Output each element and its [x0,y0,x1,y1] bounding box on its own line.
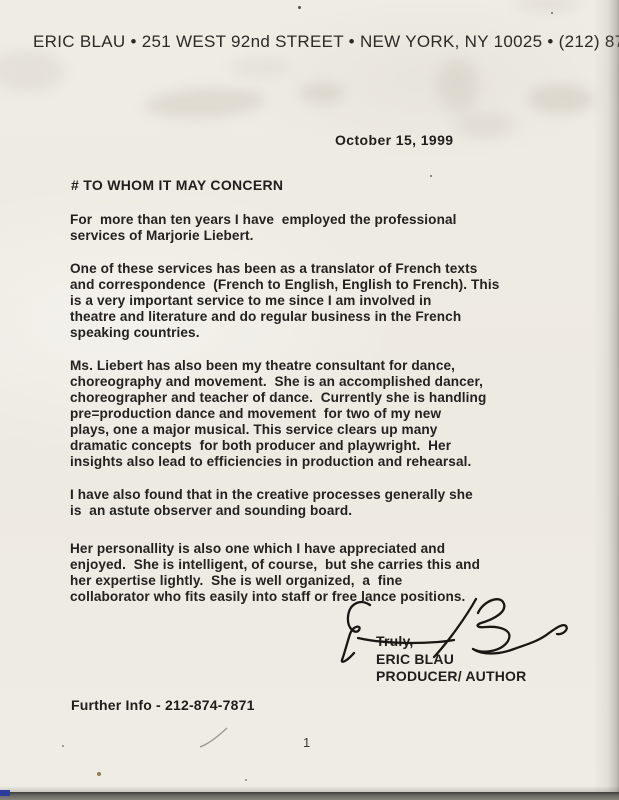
signer-name: ERIC BLAU [376,651,526,669]
letter-body: For more than ten years I have employed … [70,212,595,622]
scan-speck [245,779,247,781]
scan-smudge [0,50,65,92]
signer-title: PRODUCER/ AUTHOR [376,668,526,686]
closing-line: Truly, [376,633,526,651]
letter-page: ERIC BLAU • 251 WEST 92nd STREET • NEW Y… [0,0,619,800]
page-number: 1 [303,735,310,750]
signature-block: Truly, ERIC BLAU PRODUCER/ AUTHOR [376,633,526,686]
date-line: October 15, 1999 [335,132,453,148]
paragraph-4: I have also found that in the creative p… [70,487,595,519]
scan-speck [551,12,553,14]
scan-smudge [300,82,345,104]
further-info-line: Further Info - 212-874-7871 [71,697,255,713]
paragraph-1: For more than ten years I have employed … [70,212,595,244]
scan-smudge [144,85,265,121]
scan-edge-bottom [0,792,619,800]
paragraph-3: Ms. Liebert has also been my theatre con… [70,358,595,470]
scan-smudge [455,113,515,138]
scan-smudge [515,0,580,12]
scan-speck [298,6,301,9]
scan-smudge [528,84,594,114]
paragraph-2: One of these services has been as a tran… [70,261,595,341]
letterhead: ERIC BLAU • 251 WEST 92nd STREET • NEW Y… [33,32,619,52]
salutation: # TO WHOM IT MAY CONCERN [71,177,283,193]
scan-speck [97,772,101,776]
scan-edge-right [593,0,619,800]
letterhead-text: ERIC BLAU • 251 WEST 92nd STREET • NEW Y… [33,32,619,51]
scan-smudge [437,58,479,113]
scan-speck [430,175,432,177]
scan-corner-blue-mark [0,790,10,796]
scan-speck [62,745,64,747]
paragraph-5: Her personallity is also one which I hav… [70,541,595,605]
scan-arc-artifact [198,726,230,750]
scan-smudge [228,58,290,76]
